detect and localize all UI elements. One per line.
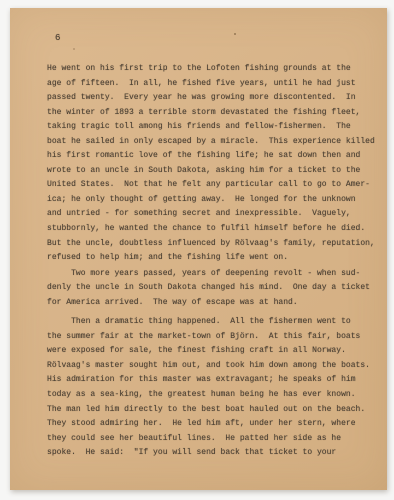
typescript-line: taking tragic toll among his friends and… xyxy=(47,120,375,135)
paragraph: Then a dramatic thing happened. All the … xyxy=(47,315,375,460)
typescript-line: Then a dramatic thing happened. All the … xyxy=(47,315,375,330)
typescript-line: They stood admiring her. He led him aft,… xyxy=(47,417,375,432)
typescript-line: for America arrived. The way of escape w… xyxy=(47,296,375,311)
page-number: 6 xyxy=(55,33,60,43)
typescript-line: The man led him directly to the best boa… xyxy=(47,403,375,418)
typescript-line: ica; he only thought of getting away. He… xyxy=(47,193,375,208)
paragraph: He went on his first trip to the Lofoten… xyxy=(47,62,375,266)
typescript-line: United States. Not that he felt any part… xyxy=(47,178,375,193)
typescript-line: He went on his first trip to the Lofoten… xyxy=(47,62,375,77)
typescript-line: But the uncle, doubtless influenced by R… xyxy=(47,237,375,252)
typescript-line: His admiration for this master was extra… xyxy=(47,373,375,388)
typescript-line: wrote to an uncle in South Dakota, askin… xyxy=(47,164,375,179)
typescript-line: his first romantic love of the fishing l… xyxy=(47,149,375,164)
typescript-line: spoke. He said: "If you will send back t… xyxy=(47,446,375,461)
typescript-line: stubbornly, he wanted the chance to fulf… xyxy=(47,222,375,237)
typescript-text-block: He went on his first trip to the Lofoten… xyxy=(47,62,375,461)
typescript-line: Two more years passed, years of deepenin… xyxy=(47,267,375,282)
typescript-line: boat he sailed in only escaped by a mira… xyxy=(47,135,375,150)
screenshot-stage: 6 He went on his first trip to the Lofot… xyxy=(0,0,394,500)
typescript-line: were exposed for sale, the finest fishin… xyxy=(47,344,375,359)
typescript-line: they could see her beautiful lines. He p… xyxy=(47,432,375,447)
paper-speck xyxy=(234,33,236,35)
paper-speck xyxy=(73,48,75,50)
typescript-line: denly the uncle in South Dakota changed … xyxy=(47,281,375,296)
typescript-line: refused to help him; and the fishing lif… xyxy=(47,251,375,266)
typescript-line: passed twenty. Every year he was growing… xyxy=(47,91,375,106)
typescript-line: the winter of 1893 a terrible storm deva… xyxy=(47,106,375,121)
typescript-line: age of fifteen. In all, he fished five y… xyxy=(47,77,375,92)
typescript-line: Rölvaag's master sought him out, and too… xyxy=(47,359,375,374)
typescript-page: 6 He went on his first trip to the Lofot… xyxy=(10,8,387,490)
typescript-line: and untried - for something secret and i… xyxy=(47,207,375,222)
paragraph: Two more years passed, years of deepenin… xyxy=(47,267,375,311)
typescript-line: the summer fair at the market-town of Bj… xyxy=(47,330,375,345)
typescript-line: today as a sea-king, the greatest human … xyxy=(47,388,375,403)
